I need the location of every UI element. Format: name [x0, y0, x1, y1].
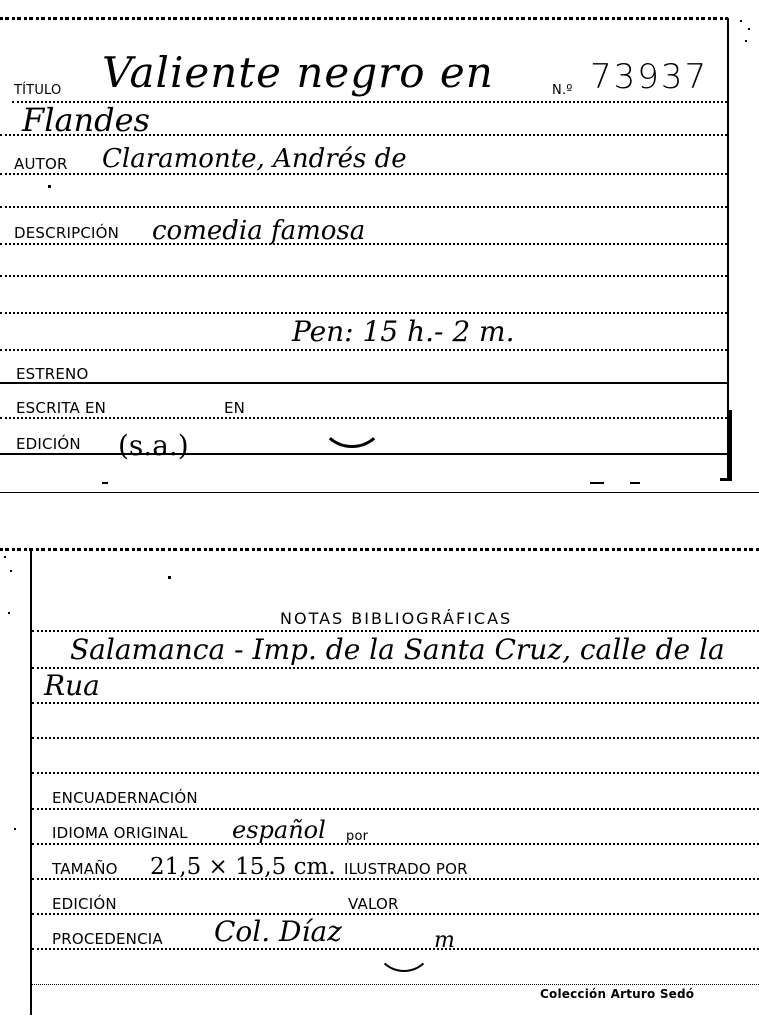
card-front-corner-mark — [720, 478, 732, 481]
procedencia-value: Col. Díaz — [214, 918, 342, 946]
tamano-label: TAMAÑO — [52, 862, 118, 877]
handwritten-mark — [320, 392, 384, 448]
paginas-line — [0, 349, 727, 351]
coleccion-footer: Colección Arturo Sedó — [540, 988, 694, 1000]
en-label: EN — [224, 401, 245, 416]
scan-speck — [10, 570, 12, 572]
ilustrado-label: ILUSTRADO POR — [344, 862, 468, 877]
paginas-value: Pen: 15 h.- 2 m. — [292, 318, 515, 346]
idioma-por-label: por — [346, 830, 368, 843]
blank-line-1 — [0, 275, 727, 277]
valor-label: VALOR — [348, 897, 399, 912]
descripcion-value: comedia famosa — [152, 218, 365, 244]
titulo-line-2 — [0, 134, 727, 136]
edicion-line — [0, 453, 727, 455]
card-front-top-edge — [0, 17, 728, 20]
card-back-left-border — [30, 550, 32, 1015]
escrita-en-label: ESCRITA EN — [16, 401, 106, 416]
titulo-label: TÍTULO — [14, 84, 61, 97]
descripcion-label: DESCRIPCIÓN — [14, 226, 119, 241]
card-back-top-edge — [0, 548, 759, 551]
card-front-bottom-edge — [0, 492, 759, 493]
edicion-value: (s.a.) — [118, 432, 189, 460]
scan-speck — [14, 828, 16, 830]
notas-line-4 — [32, 772, 759, 774]
tamano-value: 21,5 × 15,5 cm. — [150, 856, 336, 879]
autor-value: Claramonte, Andrés de — [102, 146, 407, 172]
idioma-line — [32, 843, 759, 845]
footer-line — [32, 984, 759, 985]
titulo-value-line2: Flandes — [22, 104, 150, 136]
scan-speck — [168, 576, 171, 579]
card-front-right-border-thick — [729, 410, 732, 480]
scan-speck — [48, 185, 51, 188]
notas-line2: Rua — [44, 672, 100, 700]
encuadernacion-label: ENCUADERNACIÓN — [52, 791, 198, 806]
notas-line-1 — [32, 667, 759, 669]
escrita-en-line — [0, 417, 727, 419]
notas-line-2 — [32, 702, 759, 704]
idioma-label: IDIOMA ORIGINAL — [52, 826, 188, 841]
notas-line1: Salamanca - Imp. de la Santa Cruz, calle… — [70, 636, 725, 664]
procedencia-line — [32, 948, 759, 950]
scan-speck — [8, 612, 10, 614]
titulo-value: Valiente negro en — [102, 52, 494, 94]
edicion2-label: EDICIÓN — [52, 897, 117, 912]
notas-heading: NOTAS BIBLIOGRÁFICAS — [280, 611, 512, 627]
descripcion-line — [0, 243, 727, 245]
numero-label: N.º — [552, 84, 573, 97]
estreno-label: ESTRENO — [16, 367, 89, 382]
scan-speck — [102, 482, 108, 484]
edicion2-line — [32, 913, 759, 915]
blank-line-2 — [0, 312, 727, 314]
edicion-label: EDICIÓN — [16, 437, 81, 452]
autor-line — [0, 173, 727, 175]
numero-value: 73937 — [590, 60, 708, 94]
scan-speck — [590, 482, 604, 484]
encuadernacion-line — [32, 808, 759, 810]
scan-speck — [745, 40, 747, 42]
procedencia-label: PROCEDENCIA — [52, 932, 163, 947]
estreno-line — [0, 382, 727, 384]
procedencia-flourish — [376, 920, 432, 972]
autor-label: AUTOR — [14, 157, 68, 172]
tamano-line — [32, 878, 759, 880]
scan-speck — [4, 556, 6, 558]
idioma-value: español — [232, 818, 326, 842]
scan-speck — [740, 20, 742, 22]
scan-speck — [748, 28, 750, 30]
autor-line-2 — [0, 206, 727, 208]
notas-line-3 — [32, 737, 759, 739]
notas-line-0 — [32, 630, 759, 632]
scan-speck — [630, 482, 640, 484]
